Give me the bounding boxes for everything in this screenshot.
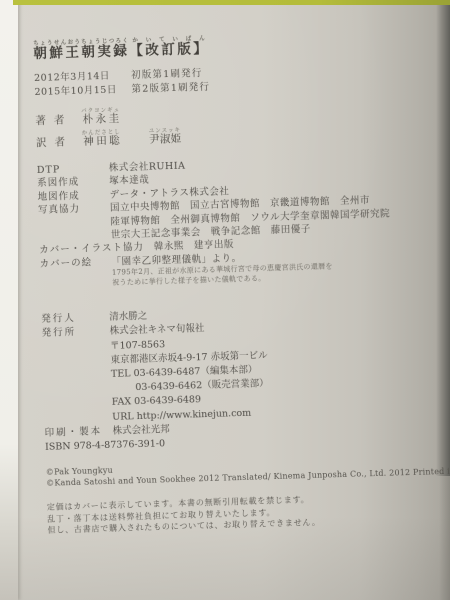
book-title-main: 朝鮮王朝実録ちょうせんおうちょうじつろく: [33, 43, 129, 62]
author-role-label: 著者: [35, 113, 81, 128]
publisher-block: 発行人 清水勝之 発行所 株式会社キネマ旬報社 〒107-8563 東京都港区赤…: [41, 301, 447, 455]
copyright-block: ©Pak Youngkyu ©Kanda Satoshi and Youn So…: [46, 456, 448, 489]
printing-dates: 2012年3月14日 初版第1刷発行 2015年10月15日 第2版第1刷発行: [34, 60, 437, 99]
page-edge-left: [0, 0, 18, 600]
translator-name-1: 神田聡かんださとし: [82, 129, 122, 148]
translator-role-label: 訳者: [36, 135, 82, 150]
colophon-content: 朝鮮王朝実録ちょうせんおうちょうじつろく【改訂版】かいていばん 2012年3月1…: [33, 28, 450, 536]
cover-edge-top: [13, 0, 450, 5]
notes-block: 定価はカバーに表示しています。本書の無断引用転載を禁じます。 乱丁・落丁本は送料…: [47, 490, 450, 536]
book-title: 朝鮮王朝実録ちょうせんおうちょうじつろく【改訂版】かいていばん: [33, 28, 435, 62]
printing-date-2: 2015年10月15日: [34, 83, 131, 99]
book-colophon-photo: 朝鮮王朝実録ちょうせんおうちょうじつろく【改訂版】かいていばん 2012年3月1…: [0, 0, 450, 600]
author-name: 朴永圭パクヨンギュ: [81, 107, 121, 126]
book-title-edition: 【改訂版】かいていばん: [129, 41, 209, 59]
translator-name-2: 尹淑姫ユンスッキ: [149, 128, 182, 147]
author-translator-block: 著者 朴永圭パクヨンギュ 訳者 神田聡かんださとし 尹淑姫ユンスッキ: [35, 98, 438, 150]
printing-note-2: 第2版第1刷発行: [131, 80, 210, 96]
production-credits: DTP 株式会社RUHIA 系図作成 塚本達哉 地図作成 データ・アトラス株式会…: [37, 152, 443, 290]
